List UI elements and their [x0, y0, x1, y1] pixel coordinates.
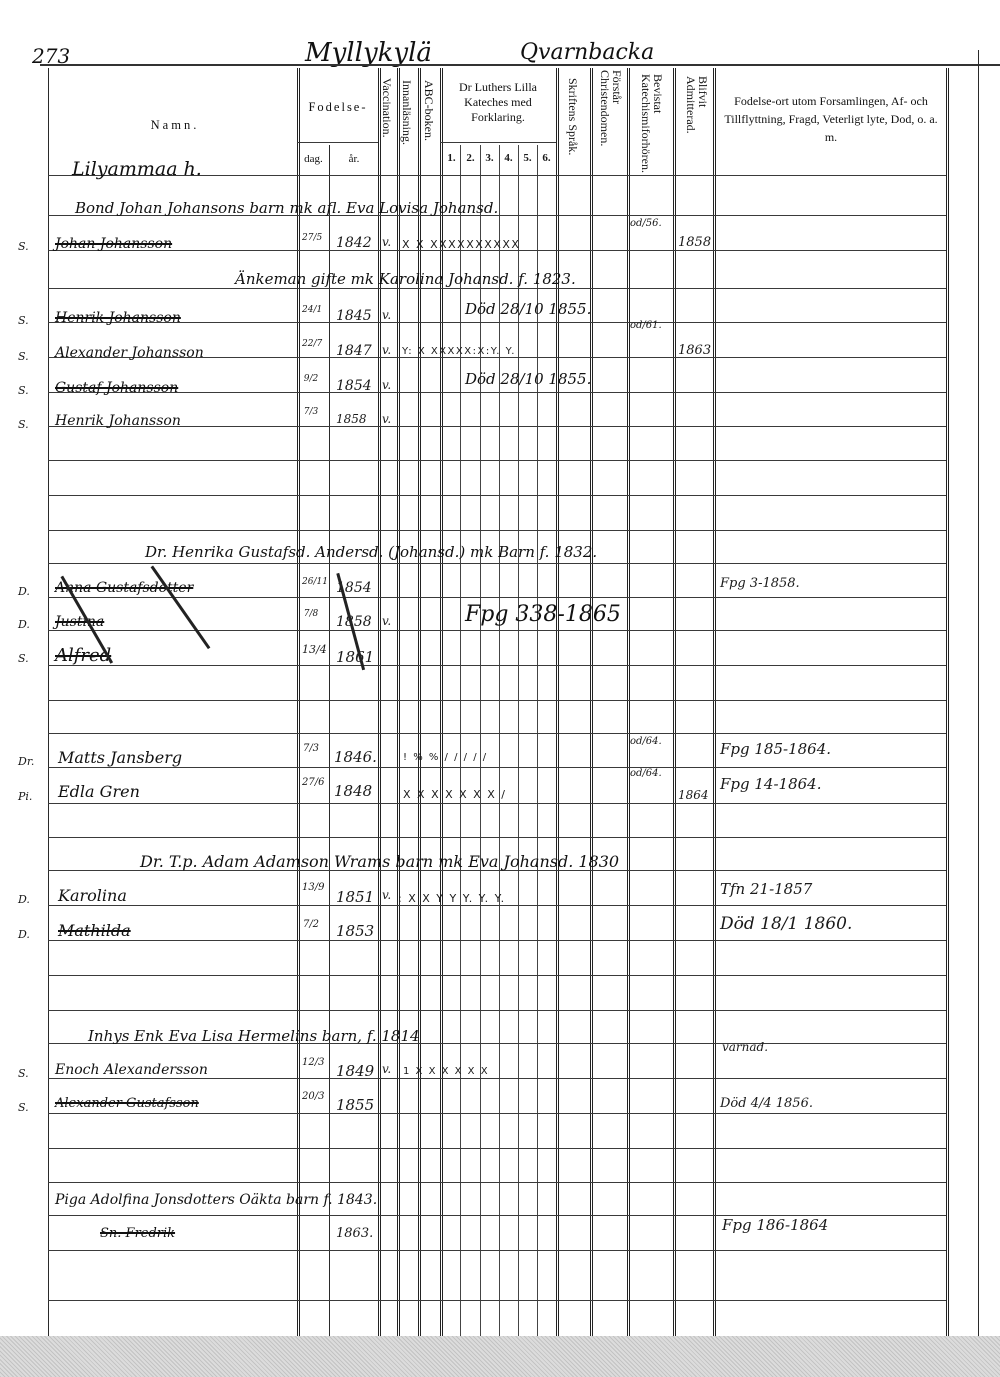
birth-year: 1851 [336, 888, 374, 906]
row-mark: Dr. [18, 755, 34, 768]
birth-year: 1842 [336, 235, 372, 251]
exam-attended-header: Bevistat Katechismiforhören. [634, 74, 664, 174]
remark-note: Fpg 3-1858. [720, 576, 800, 591]
member-name: Karolina [58, 886, 127, 905]
remark-note: Död 18/1 1860. [720, 914, 852, 934]
row-rule [48, 1250, 946, 1251]
vacc-col-right-line [397, 68, 400, 1336]
row-mark: S. [18, 384, 29, 397]
vaccination-mark: v. [382, 308, 391, 322]
member-name: Enoch Alexandersson [55, 1062, 208, 1078]
vaccination-mark: v. [382, 614, 391, 628]
vaccination-mark: v. [382, 378, 391, 392]
row-mark: D. [18, 928, 30, 941]
member-name: Alexander Gustafsson [55, 1096, 199, 1111]
admitted-year: 1863 [678, 343, 711, 358]
top-rule [40, 64, 1000, 66]
birth-year: 1861 [336, 648, 374, 666]
row-rule [48, 530, 946, 531]
knowledge-marks: 1 X X X X X X [403, 1066, 489, 1077]
cat-part-4: 4. [499, 152, 518, 164]
birth-day: 7/8 [302, 610, 320, 619]
row-rule [48, 803, 946, 804]
row-rule [48, 630, 946, 631]
household-heading: Lilyammaa h. [72, 158, 202, 180]
row-mark: D. [18, 585, 30, 598]
cat-part-3: 3. [480, 152, 499, 164]
scripture-col-right-line [590, 68, 593, 1336]
understanding-header: Förstår Christendomen. [595, 70, 623, 170]
birth-year: 1855 [336, 1096, 374, 1114]
cat-part-1: 1. [442, 152, 461, 164]
birth-day: 26/11 [302, 578, 320, 587]
abc-header: ABC-boken. [423, 80, 435, 141]
row-rule [48, 665, 946, 666]
admitted-year: 1858 [678, 235, 711, 250]
knowledge-marks: X X XXXXXXXXXX [402, 238, 520, 251]
birth-day: 9/2 [302, 375, 320, 384]
vaccination-mark: v. [382, 235, 391, 249]
row-rule [48, 322, 946, 323]
year-col-right-line [378, 68, 381, 1336]
farm-name: Qvarnbacka [520, 40, 654, 65]
birth-year-header: år. [330, 152, 378, 167]
birth-day: 24/1 [302, 306, 320, 315]
catechism-parts: 1. 2. 3. 4. 5. 6. [442, 152, 556, 164]
member-name: Sn. Fredrik [100, 1226, 175, 1241]
page-bottom-edge [0, 1336, 1000, 1377]
remarks-header: Fodelse-ort utom Forsamlingen, Af- och T… [722, 92, 940, 146]
row-mark: S. [18, 350, 29, 363]
scripture-header: Skriftens Språk. [567, 78, 579, 155]
knowledge-marks: : X X Y Y Y. Y. Y. [398, 892, 506, 905]
remark-note: Tfn 21-1857 [720, 880, 812, 898]
knowledge-marks: ! % % / / / / / [403, 752, 488, 763]
household-subheading: Dr. T.p. Adam Adamson Wrams barn mk Eva … [140, 852, 619, 871]
row-rule [48, 767, 946, 768]
birth-day: 7/2 [302, 920, 320, 929]
household-subheading: Dr. Henrika Gustafsd. Andersd. (Johansd.… [145, 543, 597, 561]
row-rule [48, 1148, 946, 1149]
birth-year: 1853 [336, 922, 374, 940]
exam-date: od/64. [630, 736, 662, 747]
row-rule [48, 733, 946, 734]
row-rule [48, 975, 946, 976]
vaccination-mark: v. [382, 1062, 391, 1076]
birth-day: 13/9 [302, 883, 320, 892]
birth-day: 27/5 [302, 234, 320, 243]
cat2-right-line [480, 145, 481, 1336]
remark-note: Fpg 14-1864. [720, 775, 821, 793]
member-name: Gustaf Johansson [55, 380, 178, 396]
death-note: Död 28/10 1855. [465, 300, 591, 318]
remarks-col-right-line [946, 68, 949, 1336]
birth-year: 1846. [334, 748, 377, 766]
name-col-right-line [297, 68, 300, 1336]
birth-sub-rule [297, 142, 378, 143]
exam-date: od/56. [630, 218, 662, 229]
admitted-col-right-line [713, 68, 716, 1336]
birth-day: 7/3 [302, 744, 320, 753]
member-name: Johan Johansson [55, 236, 172, 252]
row-rule [48, 1113, 946, 1114]
row-rule [48, 700, 946, 701]
birth-day: 7/3 [302, 408, 320, 417]
abc-col-right-line [440, 68, 443, 1336]
remark-note: Fpg 185-1864. [720, 740, 831, 758]
member-name: Alexander Johansson [55, 345, 204, 361]
row-rule [48, 392, 946, 393]
row-mark: D. [18, 893, 30, 906]
member-name: Justina [55, 614, 104, 630]
birth-year: 1845 [336, 308, 372, 324]
row-rule [48, 905, 946, 906]
row-rule [48, 597, 946, 598]
cat4-right-line [518, 145, 519, 1336]
row-rule [48, 460, 946, 461]
row-mark: D. [18, 618, 30, 631]
day-col-right-line [329, 145, 330, 1336]
birth-year: 1858 [336, 412, 367, 426]
row-mark: S. [18, 1067, 29, 1080]
moved-note: Fpg 338-1865 [465, 602, 621, 627]
row-rule [48, 1010, 946, 1011]
row-rule [48, 495, 946, 496]
exam-col-right-line [673, 68, 676, 1336]
row-rule [48, 288, 946, 289]
row-mark: S. [18, 314, 29, 327]
cat6-right-line [556, 68, 559, 1336]
household-subheading: Piga Adolfina Jonsdotters Oäkta barn f. … [55, 1192, 377, 1208]
birth-day-header: dag. [298, 152, 329, 167]
cat-part-5: 5. [518, 152, 537, 164]
cat-part-6: 6. [537, 152, 556, 164]
row-mark: S. [18, 652, 29, 665]
birth-year: 1848 [334, 782, 372, 800]
cat5-right-line [537, 145, 538, 1336]
row-mark: Pi. [18, 790, 32, 803]
household-subheading: Bond Johan Johansons barn mk afl. Eva Lo… [75, 199, 498, 217]
remark-note: varnad. [722, 1040, 768, 1054]
row-rule [48, 1182, 946, 1183]
birth-year: 1849 [336, 1062, 374, 1080]
row-mark: S. [18, 418, 29, 431]
reading-header: Innanläsning. [401, 80, 413, 145]
left-margin-line [48, 68, 49, 1336]
household-subheading: Änkeman gifte mk Karolina Johansd. f. 18… [235, 270, 576, 288]
member-name: Henrik Johansson [55, 413, 181, 429]
cat-part-2: 2. [461, 152, 480, 164]
birth-day: 12/3 [302, 1058, 320, 1067]
birth-year: 1847 [336, 343, 372, 359]
birth-day: 27/6 [302, 778, 320, 787]
cat3-right-line [499, 145, 500, 1336]
birth-day: 22/7 [302, 340, 320, 349]
birth-column-header: Fodelse- [298, 100, 378, 115]
member-name: Henrik Johansson [55, 310, 181, 326]
household-subheading: Inhys Enk Eva Lisa Hermelins barn, f. 18… [88, 1027, 420, 1045]
parish-register-page: 273 Myllykylä Qvarnbacka Namn. Fodelse- … [0, 0, 1000, 1377]
vaccination-header: Vaccination. [381, 78, 393, 138]
name-column-header: Namn. [100, 118, 250, 133]
member-name: Edla Gren [58, 782, 140, 801]
knowledge-marks: Y: X XXXXX:X:Y. Y. [402, 346, 516, 357]
birth-day: 13/4 [302, 644, 320, 655]
vaccination-mark: v. [382, 888, 391, 902]
row-rule [48, 1078, 946, 1079]
row-rule [48, 563, 946, 564]
row-rule [48, 1300, 946, 1301]
vaccination-mark: v. [382, 412, 391, 426]
vaccination-mark: v. [382, 343, 391, 357]
reading-col-right-line [418, 68, 421, 1336]
member-name: Mathilda [58, 921, 131, 940]
remark-note: Död 4/4 1856. [720, 1096, 813, 1111]
death-note: Död 28/10 1855. [465, 370, 591, 388]
row-mark: S. [18, 240, 29, 253]
page-edge-line [978, 50, 979, 1336]
exam-date: od/64. [630, 768, 662, 779]
row-rule [48, 426, 946, 427]
row-mark: S. [18, 1101, 29, 1114]
birth-year: 1863. [336, 1226, 373, 1241]
catechism-sub-rule [440, 142, 556, 143]
cat1-right-line [460, 145, 461, 1336]
exam-date: od/61. [630, 320, 662, 331]
catechism-header: Dr Luthers Lilla Kateches med Forklaring… [442, 80, 554, 125]
remark-note: Fpg 186-1864 [722, 1216, 828, 1234]
birth-year: 1854 [336, 378, 372, 394]
understanding-col-right-line [627, 68, 630, 1336]
knowledge-marks: X X X X X X X / [403, 788, 506, 801]
row-rule [48, 940, 946, 941]
admitted-header: Blifvit Admitterad. [683, 76, 709, 156]
row-rule [48, 837, 946, 838]
cancel-stroke [151, 566, 210, 649]
admitted-year: 1864 [678, 788, 709, 802]
birth-day: 20/3 [302, 1092, 320, 1101]
member-name: Matts Jansberg [58, 748, 182, 767]
